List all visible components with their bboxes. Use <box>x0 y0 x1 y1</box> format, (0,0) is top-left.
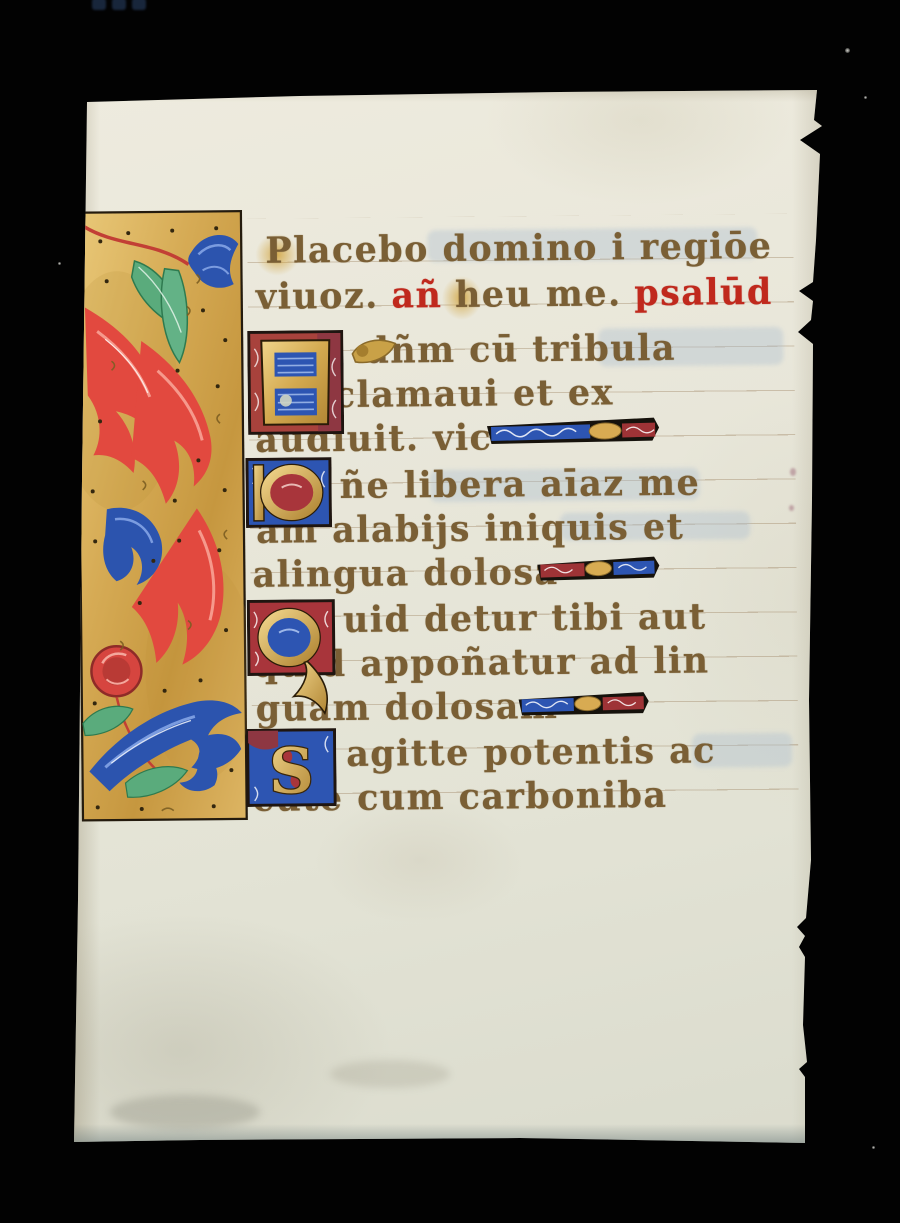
dust-speck <box>864 96 867 99</box>
illuminated-initial-D <box>245 457 332 528</box>
svg-text:S: S <box>269 734 314 807</box>
gold-leaf-ornament <box>348 333 400 365</box>
border-acanthus-art <box>76 210 248 822</box>
smudge <box>330 1060 450 1088</box>
text-line: agitte potentis ac <box>346 732 729 772</box>
line-filler <box>536 555 661 583</box>
photograph: Placebo domino i regiōe viuoz.añheu me.p… <box>0 0 900 1223</box>
line-text: dñm cū tribula <box>364 327 676 372</box>
line-text: Placebo domino i regiōe <box>265 225 772 272</box>
edge-stain <box>789 505 794 511</box>
text-line: ñe libera aīaz me <box>339 464 712 504</box>
smudge <box>110 1095 260 1129</box>
text-line: uid detur tibi aut <box>343 598 719 638</box>
manuscript-leaf: Placebo domino i regiōe viuoz.añheu me.p… <box>0 0 900 1223</box>
line-filler <box>517 691 650 719</box>
text-line: Placebo domino i regiōe <box>265 228 785 269</box>
cut-off-text-fragment <box>92 0 170 9</box>
line-text: alingua dolosa <box>252 551 558 596</box>
edge-stain <box>790 468 796 476</box>
illuminated-border-panel <box>76 210 248 822</box>
text-line: alingua dolosa <box>252 554 571 593</box>
line-text: heu me. <box>455 272 622 316</box>
line-text: agitte potentis ac <box>346 729 716 775</box>
text-line: viuoz.añheu me.psalūd <box>256 274 786 315</box>
dust-speck <box>58 262 61 265</box>
text-line: dñm cū tribula <box>364 330 689 369</box>
dust-speck <box>845 48 850 53</box>
line-filler <box>486 416 661 447</box>
illuminated-initial-A <box>247 330 344 435</box>
line-text: uid detur tibi aut <box>343 596 707 641</box>
illuminated-initial-S: S <box>246 728 337 807</box>
line-text: viuoz. <box>256 275 379 318</box>
rubric-text: psalūd <box>634 271 773 314</box>
rubric-text: añ <box>391 274 442 316</box>
illuminated-initial-Q <box>247 599 344 720</box>
line-text: ñe libera aīaz me <box>339 462 700 507</box>
dust-speck <box>872 1146 875 1149</box>
